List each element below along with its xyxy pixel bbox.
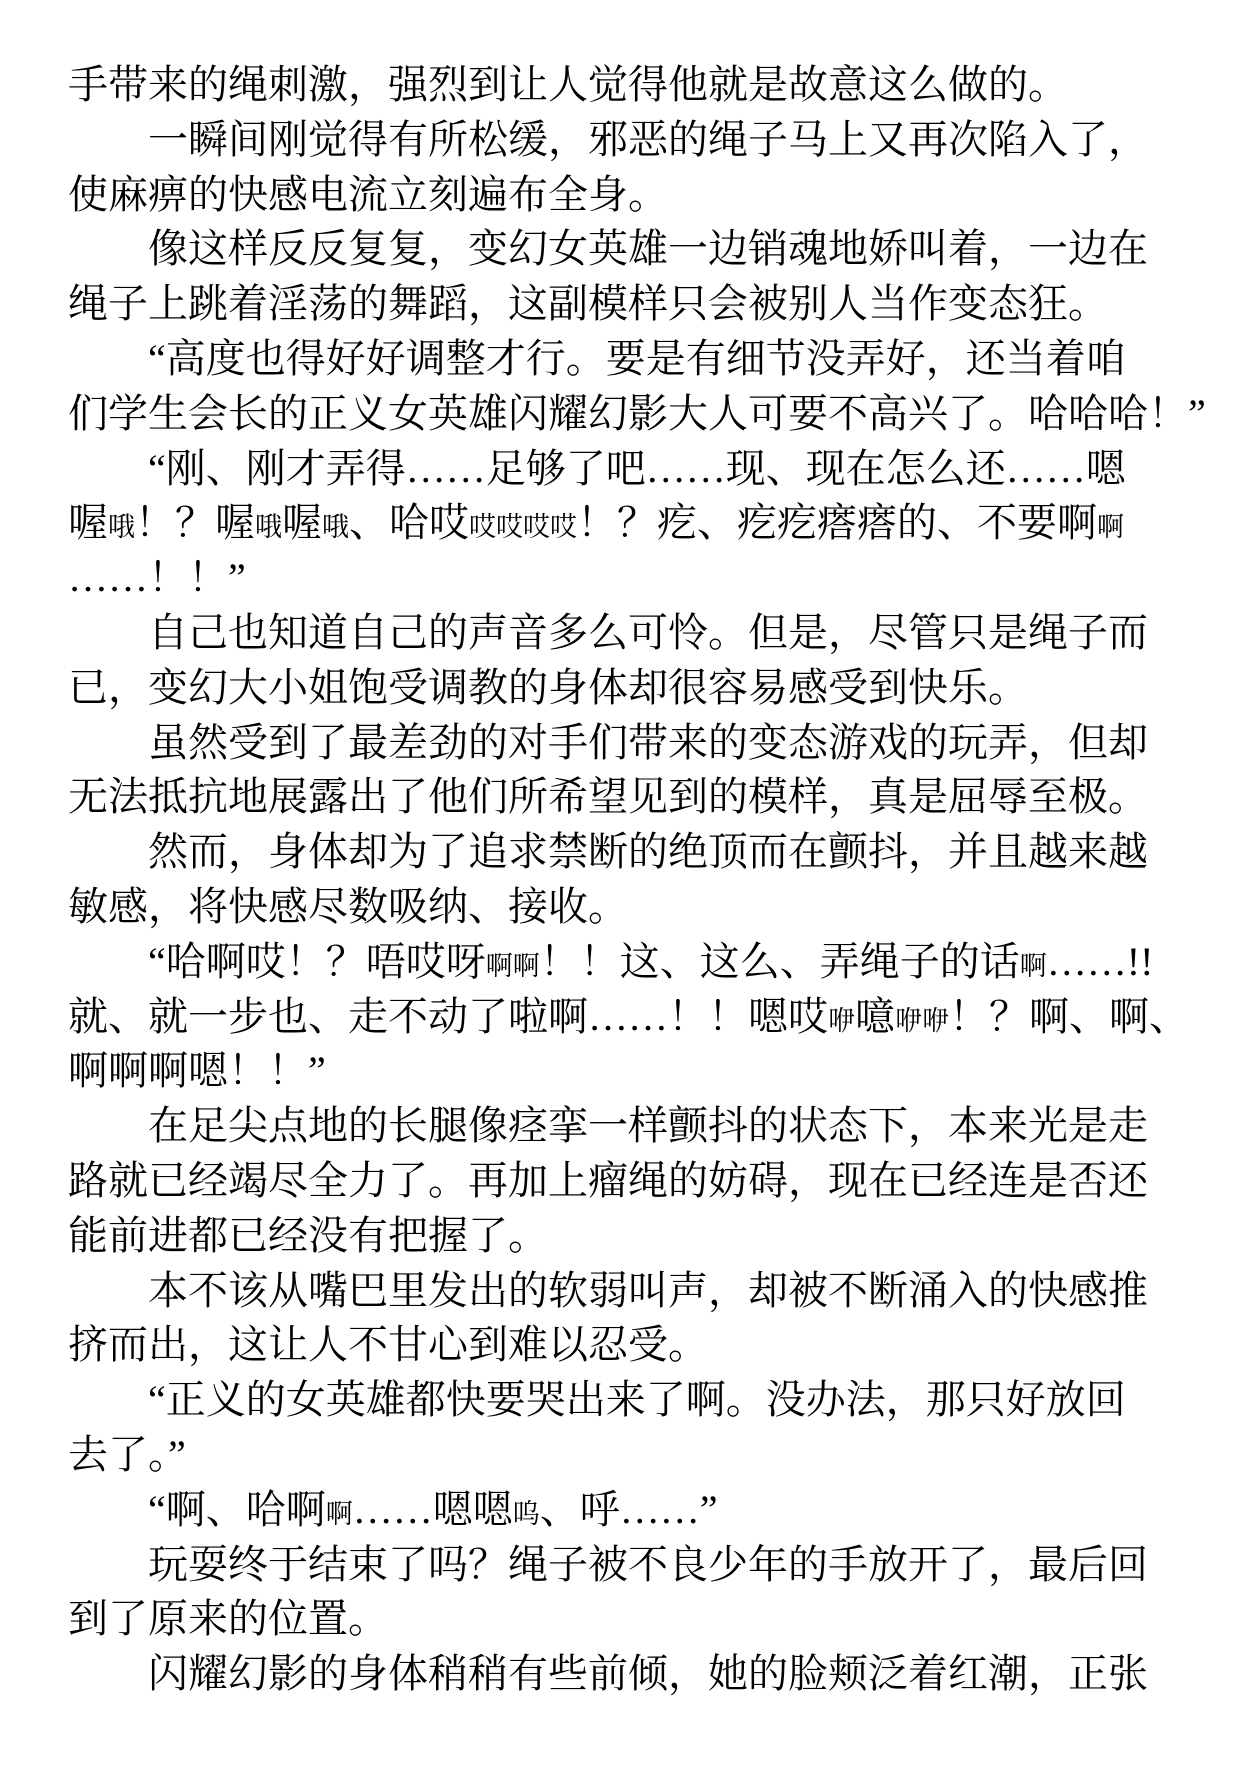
text-line: “啊、哈啊啊……嗯嗯呜、呼……” [68, 1483, 1198, 1538]
text-segment: 喔 [282, 500, 322, 545]
novel-page: 手带来的绳刺激，强烈到让人觉得他就是故意这么做的。一瞬间刚觉得有所松缓，邪恶的绳… [0, 0, 1258, 1785]
text-segment: 玩耍终于结束了吗？绳子被不良少年的手放开了，最后回 [148, 1542, 1148, 1587]
text-segment: 自己也知道自己的声音多么可怜。但是，尽管只是绳子而 [148, 610, 1148, 655]
text-segment: ！！这、这么、弄绳子的话 [540, 939, 1020, 984]
small-text-segment: 哦 [108, 512, 135, 542]
small-text-segment: 啊 [326, 1499, 353, 1529]
text-line: 像这样反反复复，变幻女英雄一边销魂地娇叫着，一边在 [68, 222, 1198, 277]
text-segment: ……嗯嗯 [353, 1487, 513, 1532]
text-segment: ！？疙、疙疙瘩瘩的、不要啊 [577, 500, 1097, 545]
small-text-segment: 啊 [1097, 512, 1124, 542]
text-line: “高度也得好好调整才行。要是有细节没弄好，还当着咱 [68, 332, 1198, 387]
small-text-segment: 啊 [1020, 951, 1047, 981]
text-segment: 使麻痹的快感电流立刻遍布全身。 [68, 172, 668, 217]
text-line: 手带来的绳刺激，强烈到让人觉得他就是故意这么做的。 [68, 58, 1198, 113]
text-segment: 、呼……” [540, 1487, 718, 1532]
text-line: 已，变幻大小姐饱受调教的身体却很容易感受到快乐。 [68, 661, 1198, 716]
text-line: “哈啊哎！？唔哎呀啊啊！！这、这么、弄绳子的话啊……!! [68, 935, 1198, 990]
text-segment: “正义的女英雄都快要哭出来了啊。没办法，那只好放回 [148, 1377, 1126, 1422]
text-segment: 就、就一步也、走不动了啦啊……！！嗯哎 [68, 994, 828, 1039]
text-segment: 虽然受到了最差劲的对手们带来的变态游戏的玩弄，但却 [148, 720, 1148, 765]
text-segment: “高度也得好好调整才行。要是有细节没弄好，还当着咱 [148, 336, 1126, 381]
text-line: 能前进都已经没有把握了。 [68, 1209, 1198, 1264]
text-line: 虽然受到了最差劲的对手们带来的变态游戏的玩弄，但却 [68, 716, 1198, 771]
text-line: 喔哦！？喔哦喔哦、哈哎哎哎哎哎！？疙、疙疙瘩瘩的、不要啊啊 [68, 496, 1198, 551]
text-line: 就、就一步也、走不动了啦啊……！！嗯哎咿噫咿咿！？啊、啊、 [68, 990, 1198, 1045]
text-segment: “啊、哈啊 [148, 1487, 326, 1532]
text-segment: 在足尖点地的长腿像痉挛一样颤抖的状态下，本来光是走 [148, 1103, 1148, 1148]
text-segment: “刚、刚才弄得……足够了吧……现、现在怎么还……嗯 [148, 446, 1126, 491]
text-segment: 们学生会长的正义女英雄闪耀幻影大人可要不高兴了。哈哈哈！” [68, 391, 1206, 436]
text-line: 去了。” [68, 1428, 1198, 1483]
text-line: 一瞬间刚觉得有所松缓，邪恶的绳子马上又再次陷入了， [68, 113, 1198, 168]
text-line: 挤而出，这让人不甘心到难以忍受。 [68, 1318, 1198, 1373]
text-line: 们学生会长的正义女英雄闪耀幻影大人可要不高兴了。哈哈哈！” [68, 387, 1198, 442]
text-segment: 去了。” [68, 1432, 186, 1477]
text-segment: 喔 [68, 500, 108, 545]
text-line: ……！！” [68, 551, 1198, 606]
text-segment: 路就已经竭尽全力了。再加上瘤绳的妨碍，现在已经连是否还 [68, 1158, 1148, 1203]
text-segment: 然而，身体却为了追求禁断的绝顶而在颤抖，并且越来越 [148, 829, 1148, 874]
text-segment: 啊啊啊嗯！！” [68, 1048, 326, 1093]
text-line: 敏感，将快感尽数吸纳、接收。 [68, 880, 1198, 935]
text-line: 闪耀幻影的身体稍稍有些前倾，她的脸颊泛着红潮，正张 [68, 1647, 1198, 1702]
small-text-segment: 咿咿 [895, 1006, 949, 1036]
text-line: “正义的女英雄都快要哭出来了啊。没办法，那只好放回 [68, 1373, 1198, 1428]
text-segment: 无法抵抗地展露出了他们所希望见到的模样，真是屈辱至极。 [68, 774, 1148, 819]
text-line: 到了原来的位置。 [68, 1592, 1198, 1647]
small-text-segment: 哦 [322, 512, 349, 542]
text-segment: 绳子上跳着淫荡的舞蹈，这副模样只会被别人当作变态狂。 [68, 281, 1108, 326]
text-line: 本不该从嘴巴里发出的软弱叫声，却被不断涌入的快感推 [68, 1264, 1198, 1319]
small-text-segment: 呜 [513, 1499, 540, 1529]
text-segment: 、哈哎 [349, 500, 469, 545]
text-segment: 一瞬间刚觉得有所松缓，邪恶的绳子马上又再次陷入了， [148, 117, 1148, 162]
text-segment: 像这样反反复复，变幻女英雄一边销魂地娇叫着，一边在 [148, 226, 1148, 271]
small-text-segment: 啊啊 [486, 951, 540, 981]
text-line: 玩耍终于结束了吗？绳子被不良少年的手放开了，最后回 [68, 1538, 1198, 1593]
text-line: 啊啊啊嗯！！” [68, 1044, 1198, 1099]
small-text-segment: 哎哎哎哎 [469, 512, 577, 542]
text-segment: 敏感，将快感尽数吸纳、接收。 [68, 884, 628, 929]
text-segment: 噫 [855, 994, 895, 1039]
text-line: “刚、刚才弄得……足够了吧……现、现在怎么还……嗯 [68, 442, 1198, 497]
text-line: 绳子上跳着淫荡的舞蹈，这副模样只会被别人当作变态狂。 [68, 277, 1198, 332]
novel-text-block: 手带来的绳刺激，强烈到让人觉得他就是故意这么做的。一瞬间刚觉得有所松缓，邪恶的绳… [68, 58, 1198, 1702]
text-segment: 到了原来的位置。 [68, 1596, 388, 1641]
text-line: 然而，身体却为了追求禁断的绝顶而在颤抖，并且越来越 [68, 825, 1198, 880]
text-segment: 本不该从嘴巴里发出的软弱叫声，却被不断涌入的快感推 [148, 1268, 1148, 1313]
text-segment: ！？啊、啊、 [949, 994, 1189, 1039]
small-text-segment: 哦 [255, 512, 282, 542]
text-segment: 闪耀幻影的身体稍稍有些前倾，她的脸颊泛着红潮，正张 [148, 1651, 1148, 1696]
text-line: 在足尖点地的长腿像痉挛一样颤抖的状态下，本来光是走 [68, 1099, 1198, 1154]
text-segment: 挤而出，这让人不甘心到难以忍受。 [68, 1322, 708, 1367]
text-segment: 能前进都已经没有把握了。 [68, 1213, 548, 1258]
text-segment: 已，变幻大小姐饱受调教的身体却很容易感受到快乐。 [68, 665, 1028, 710]
text-segment: “哈啊哎！？唔哎呀 [148, 939, 486, 984]
text-segment: ！？喔 [135, 500, 255, 545]
text-line: 使麻痹的快感电流立刻遍布全身。 [68, 168, 1198, 223]
small-text-segment: 咿 [828, 1006, 855, 1036]
text-segment: ……!! [1047, 939, 1154, 984]
text-line: 无法抵抗地展露出了他们所希望见到的模样，真是屈辱至极。 [68, 770, 1198, 825]
text-line: 路就已经竭尽全力了。再加上瘤绳的妨碍，现在已经连是否还 [68, 1154, 1198, 1209]
text-segment: 手带来的绳刺激，强烈到让人觉得他就是故意这么做的。 [68, 62, 1068, 107]
text-line: 自己也知道自己的声音多么可怜。但是，尽管只是绳子而 [68, 606, 1198, 661]
text-segment: ……！！” [68, 555, 246, 600]
